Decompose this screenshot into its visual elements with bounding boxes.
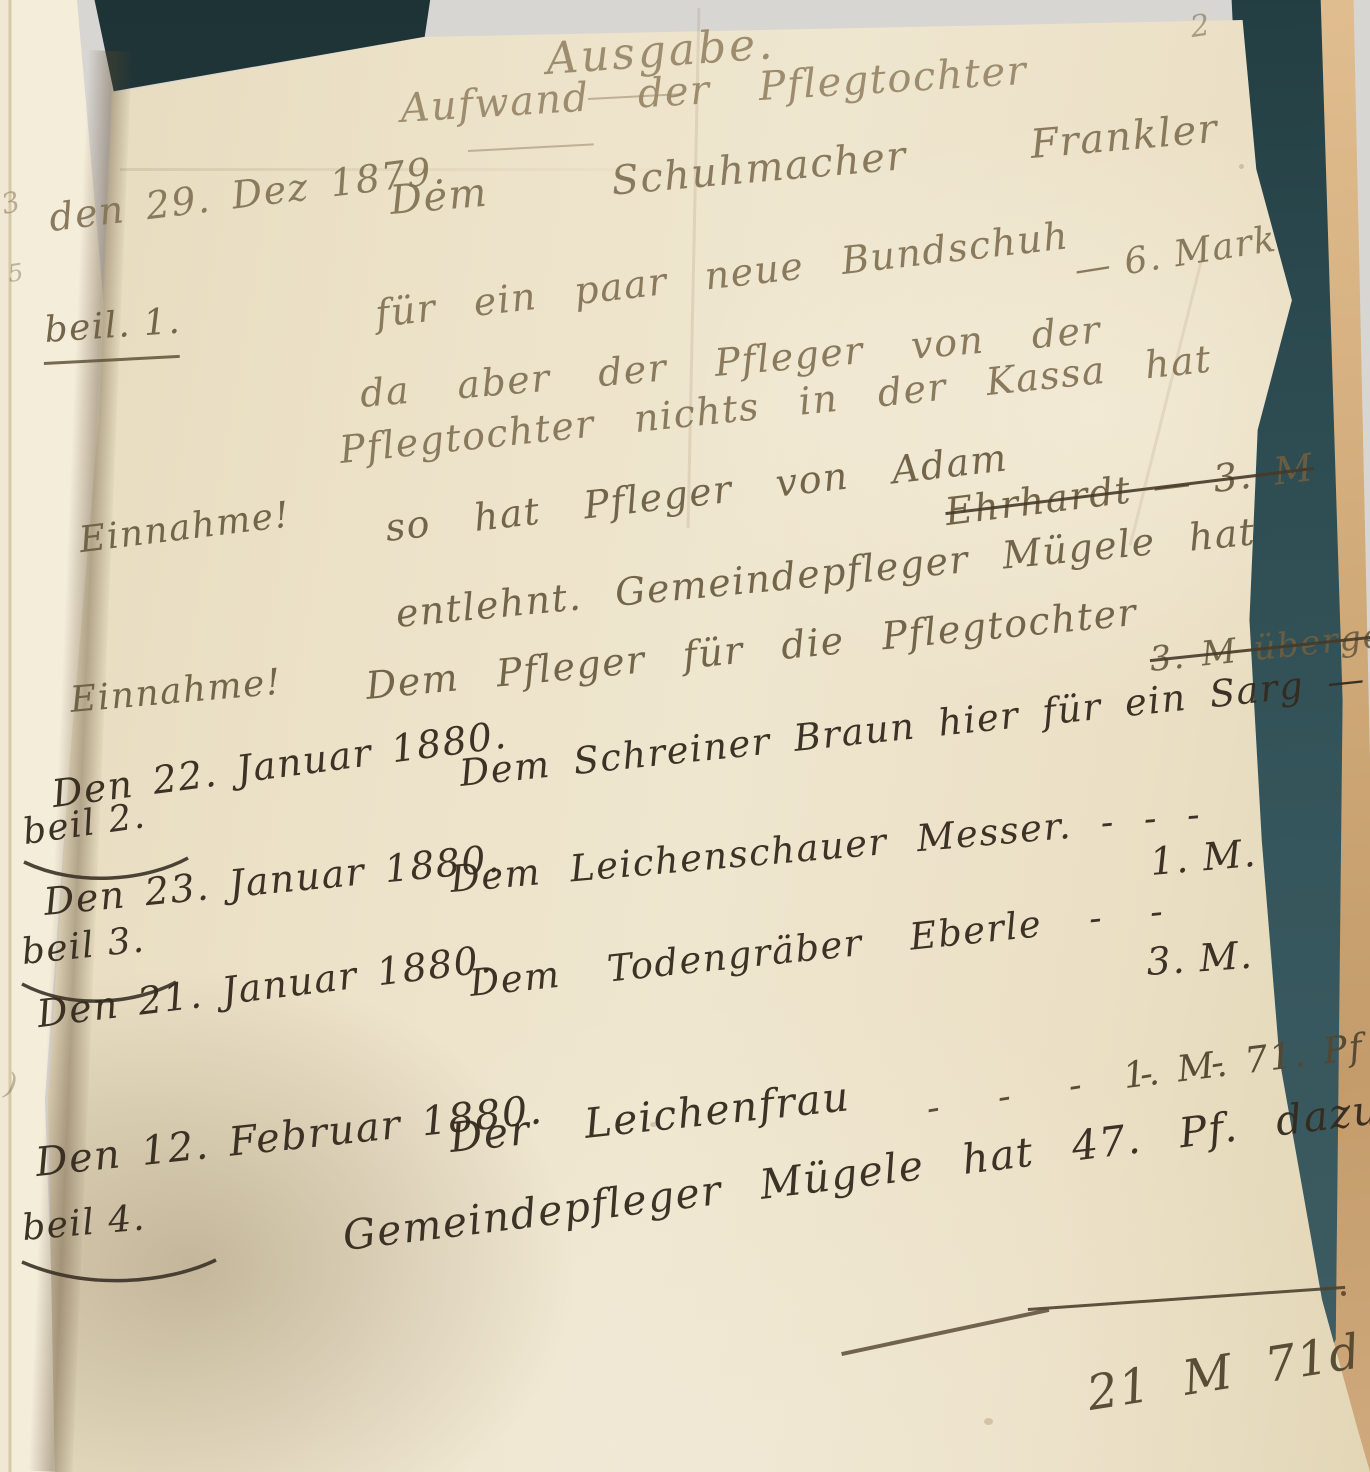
entry5-text: Der Leichenfrau	[447, 1072, 852, 1162]
entry4-amount: 3. M.	[1145, 933, 1255, 984]
margin-note-einnahme-1: Einnahme!	[77, 494, 293, 561]
entry1-line2: für ein paar neue Bundschuh	[373, 213, 1071, 336]
entry1-attachment: beil. 1.	[43, 301, 182, 351]
ink-bleed-mark: 5	[6, 258, 27, 288]
subtitle-underline	[468, 143, 594, 152]
attachment1-underline	[44, 355, 180, 365]
page-number: 2	[1188, 7, 1213, 45]
photo-of-ledger-page: Ausgabe. Aufwand der Pflegtochter 2 den …	[0, 0, 1370, 1472]
total-amount: 21 M 71d	[1083, 1323, 1365, 1422]
entry3-date: Den 23. Januar 1880.	[42, 836, 503, 924]
entry4-text: Dem Todengräber Eberle - -	[468, 889, 1167, 1005]
entry3-attachment: beil 3.	[20, 919, 147, 973]
entry3-amount: 1. M.	[1148, 831, 1258, 884]
entry3-text: Dem Leichenschauer Messer. - - -	[448, 792, 1202, 901]
margin-note-einnahme-2: Einnahme!	[68, 662, 283, 721]
sum-rule-line	[1028, 1286, 1345, 1311]
handwriting-layer: Ausgabe. Aufwand der Pflegtochter 2 den …	[0, 0, 1370, 1472]
entry5-attachment: beil 4.	[20, 1197, 147, 1249]
entry1-amount: — 6. Mark	[1072, 219, 1280, 291]
total-dash-stroke	[841, 1308, 1049, 1356]
entry2-attachment: beil 2.	[20, 795, 148, 853]
attachment4-flourish	[16, 1256, 222, 1292]
ink-bleed-mark: 3	[0, 184, 25, 221]
ink-bleed-mark: )	[2, 1067, 21, 1104]
entry1-date: den 29. Dez 1879.	[47, 148, 449, 240]
